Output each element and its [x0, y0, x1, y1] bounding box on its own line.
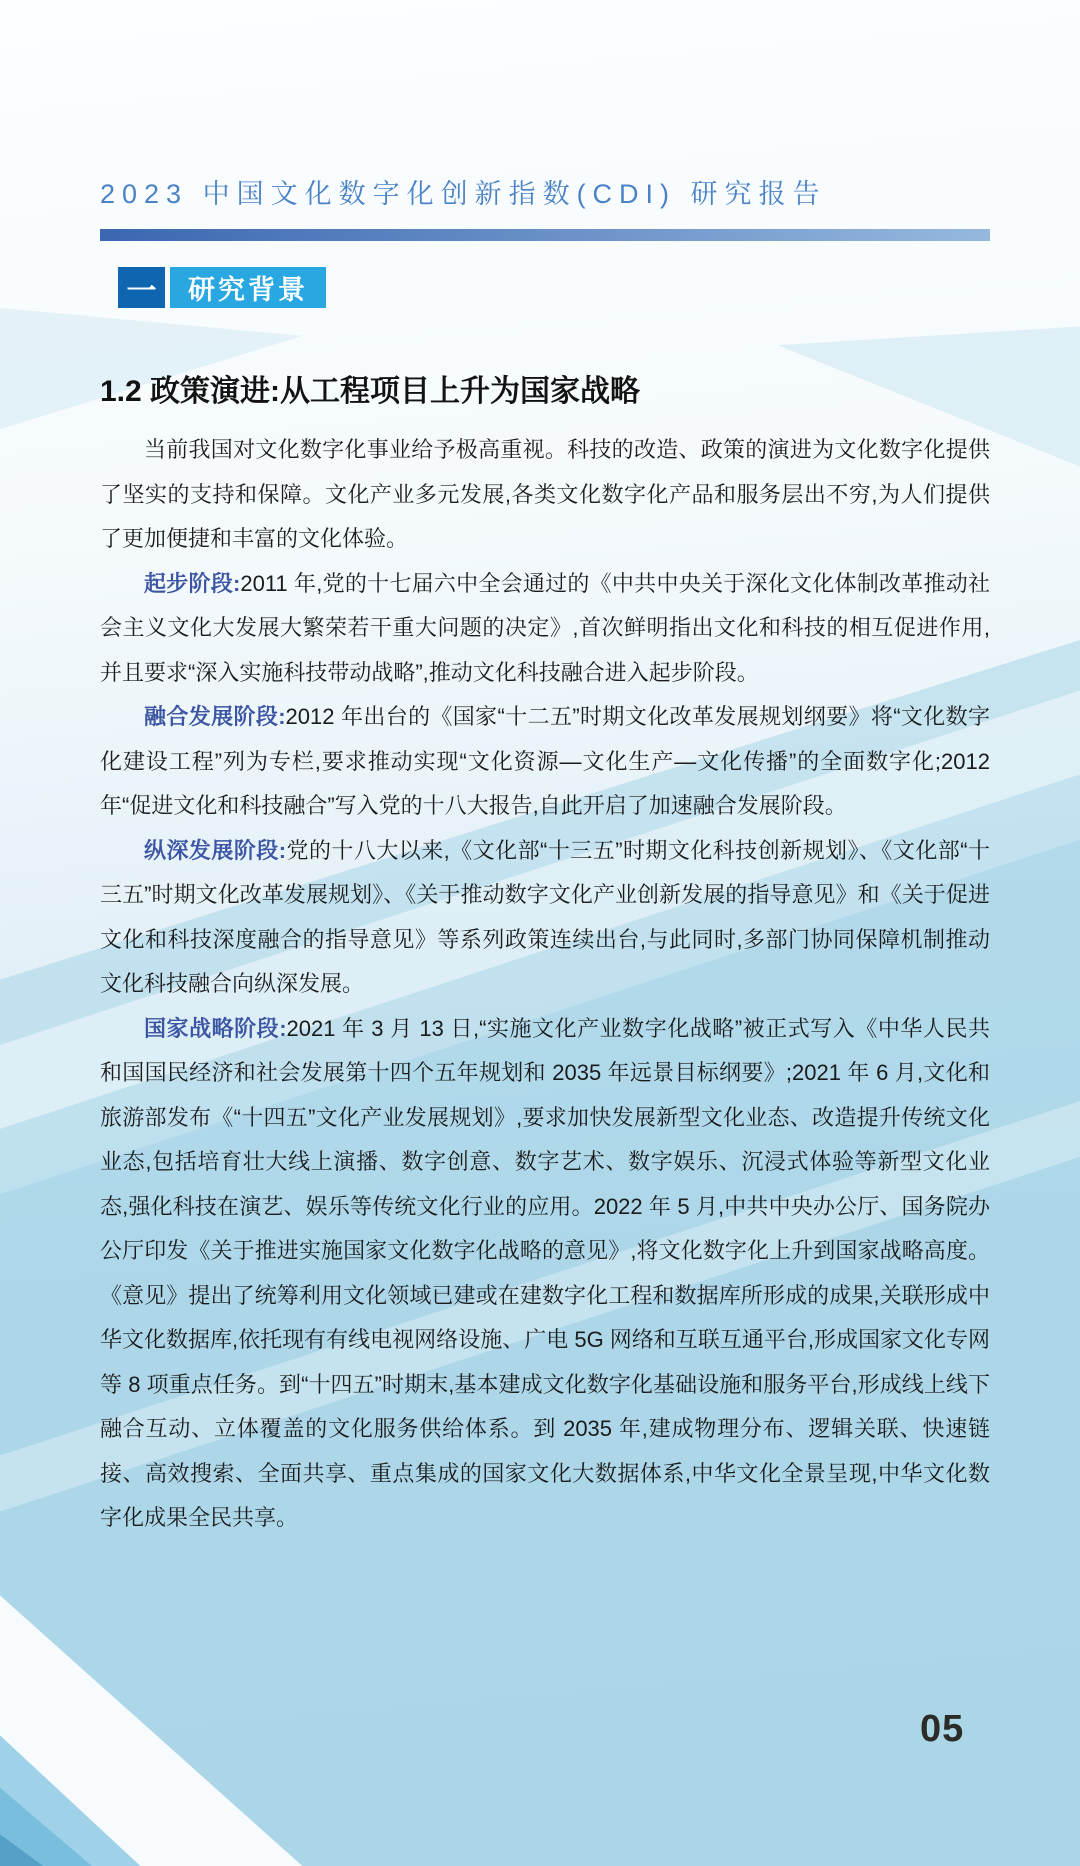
section-number-badge: 一 [118, 267, 165, 308]
title-divider-rule [100, 229, 990, 241]
paragraph-lead-label: 纵深发展阶段: [144, 838, 286, 863]
section-title-badge: 研究背景 [170, 267, 326, 308]
paragraph-lead-label: 国家战略阶段: [144, 1016, 287, 1041]
paragraph: 国家战略阶段:2021 年 3 月 13 日,“实施文化产业数字化战略”被正式写… [100, 1007, 990, 1541]
report-title: 2023 中国文化数字化创新指数(CDI) 研究报告 [100, 178, 827, 210]
paragraph-lead-label: 起步阶段: [144, 571, 240, 596]
report-page: 2023 中国文化数字化创新指数(CDI) 研究报告 一 研究背景 1.2 政策… [0, 0, 1080, 1866]
paragraph: 起步阶段:2011 年,党的十七届六中全会通过的《中共中央关于深化文化体制改革推… [100, 562, 990, 696]
subsection-heading: 1.2 政策演进:从工程项目上升为国家战略 [100, 366, 640, 410]
paragraph: 融合发展阶段:2012 年出台的《国家“十二五”时期文化改革发展规划纲要》将“文… [100, 695, 990, 829]
body-text-block: 当前我国对文化数字化事业给予极高重视。科技的改造、政策的演进为文化数字化提供了坚… [100, 428, 990, 1541]
paragraph: 当前我国对文化数字化事业给予极高重视。科技的改造、政策的演进为文化数字化提供了坚… [100, 428, 990, 562]
page-number: 05 [920, 1708, 964, 1751]
paragraph-lead-label: 融合发展阶段: [144, 704, 286, 729]
paragraph: 纵深发展阶段:党的十八大以来,《文化部“十三五”时期文化科技创新规划》、《文化部… [100, 829, 990, 1007]
section-badge: 一 研究背景 [118, 267, 326, 308]
